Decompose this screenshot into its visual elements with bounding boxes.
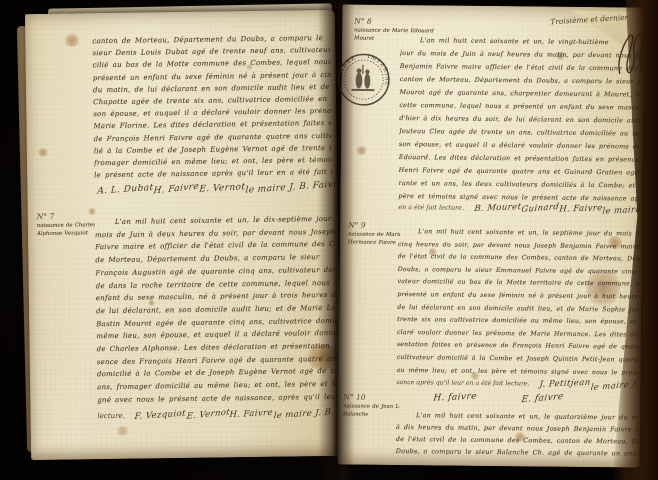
signature: Guinard	[520, 202, 559, 215]
act-continuation-text: canton de Morteau, Département du Doubs,…	[92, 32, 332, 182]
act-8-text: L'an mil huit cent soixante et un, le vi…	[398, 34, 640, 206]
act-8-signatures: B. MouretGuinardH. Faivrele maire J. B. …	[474, 203, 658, 215]
text-line: Doubs, a comparu le sieur Balanche Ch. a…	[396, 445, 638, 460]
closing-fragment: en a été fait lecture.	[398, 203, 464, 212]
margin-note-lines: naissance de Jean LéonBalanche	[343, 403, 399, 419]
text-line: gné avec nous le présent acte de naissan…	[97, 391, 337, 407]
act-number: N° 7	[37, 211, 95, 221]
margin-note-act-7: N° 7 naissance de CharlesAlphonse Vezqui…	[37, 211, 95, 238]
act-10-text: L'an mil huit cent soixante et un, le qu…	[396, 409, 638, 460]
signature: E. Vernot	[199, 182, 246, 194]
stamp-timbre-imperial: TIMBRE IMPERIAL	[335, 48, 392, 111]
signature: E. Vernot	[186, 407, 231, 422]
margin-note-line: Balanche	[343, 411, 399, 419]
act-9-closing: sance après qu'il leur en a été fait lec…	[396, 377, 638, 390]
signature: H. Faivre	[230, 408, 274, 420]
closing-fragment: sance après qu'il leur en a été fait lec…	[396, 379, 529, 387]
act-continuation-signatures: A. L. DubatH. FaivreE. Vernotle maire J.…	[97, 182, 333, 195]
register-scan: canton de Morteau, Département du Doubs,…	[0, 0, 658, 480]
act-7-closing: lecture. F. VezquiotE. VernotH. Faivrele…	[97, 408, 339, 421]
text-line: le présent acte de naissance après qu'il…	[94, 166, 332, 182]
closing-fragment: lecture.	[97, 412, 124, 420]
signature: le maire J. B. Faivre	[245, 179, 344, 196]
left-page: canton de Morteau, Département du Doubs,…	[25, 10, 341, 460]
act-number: N° 8	[354, 17, 444, 27]
margin-note-line: naissance de Charles	[37, 222, 95, 230]
margin-note-lines: naissance de MarieHermance Faivre	[348, 232, 400, 248]
svg-text:TIMBRE: TIMBRE	[337, 55, 357, 83]
margin-note-line: naissance de Marie	[348, 232, 400, 240]
act-number: N° 10	[343, 392, 399, 402]
signature: J. Petitjean	[539, 378, 591, 390]
margin-note-line: naissance de Jean Léon	[343, 403, 399, 411]
act-8-closing: en a été fait lecture. B. MouretGuinardH…	[398, 202, 640, 215]
act-9-text: L'an mil huit cent soixante et un, le se…	[397, 226, 641, 380]
act-number: N° 9	[348, 221, 400, 231]
stamp-figures	[351, 65, 375, 92]
signature: F. Vezquiot	[135, 409, 187, 422]
margin-note-act-9: N° 9 naissance de MarieHermance Faivre	[348, 221, 400, 248]
signature: H. Faivre	[559, 203, 603, 214]
margin-note-line: Hermance Faivre	[348, 239, 400, 247]
stamp-text-left: TIMBRE	[337, 55, 357, 83]
act-7-signatures: F. VezquiotE. VernotH. Faivrele maire J.…	[135, 407, 367, 420]
signature: E. faivre	[520, 392, 563, 405]
signature: H. Faivre	[153, 182, 200, 197]
act-7-text: L'an mil huit cent soixante et un, le di…	[95, 213, 338, 407]
margin-note-lines: naissance de CharlesAlphonse Vezquiot	[37, 222, 95, 238]
act-9-signatures-row2: H. faivreE. faivre	[433, 392, 563, 403]
signature: A. L. Dubat	[97, 183, 154, 197]
signature: B. Mouret	[474, 202, 522, 214]
margin-note-act-10: N° 10 naissance de Jean LéonBalanche	[343, 392, 399, 419]
margin-note-line: Alphonse Vezquiot	[37, 230, 95, 238]
right-page: Troisième et dernier N° 8 naissance de M…	[338, 4, 645, 467]
signature: H. faivre	[433, 392, 477, 404]
